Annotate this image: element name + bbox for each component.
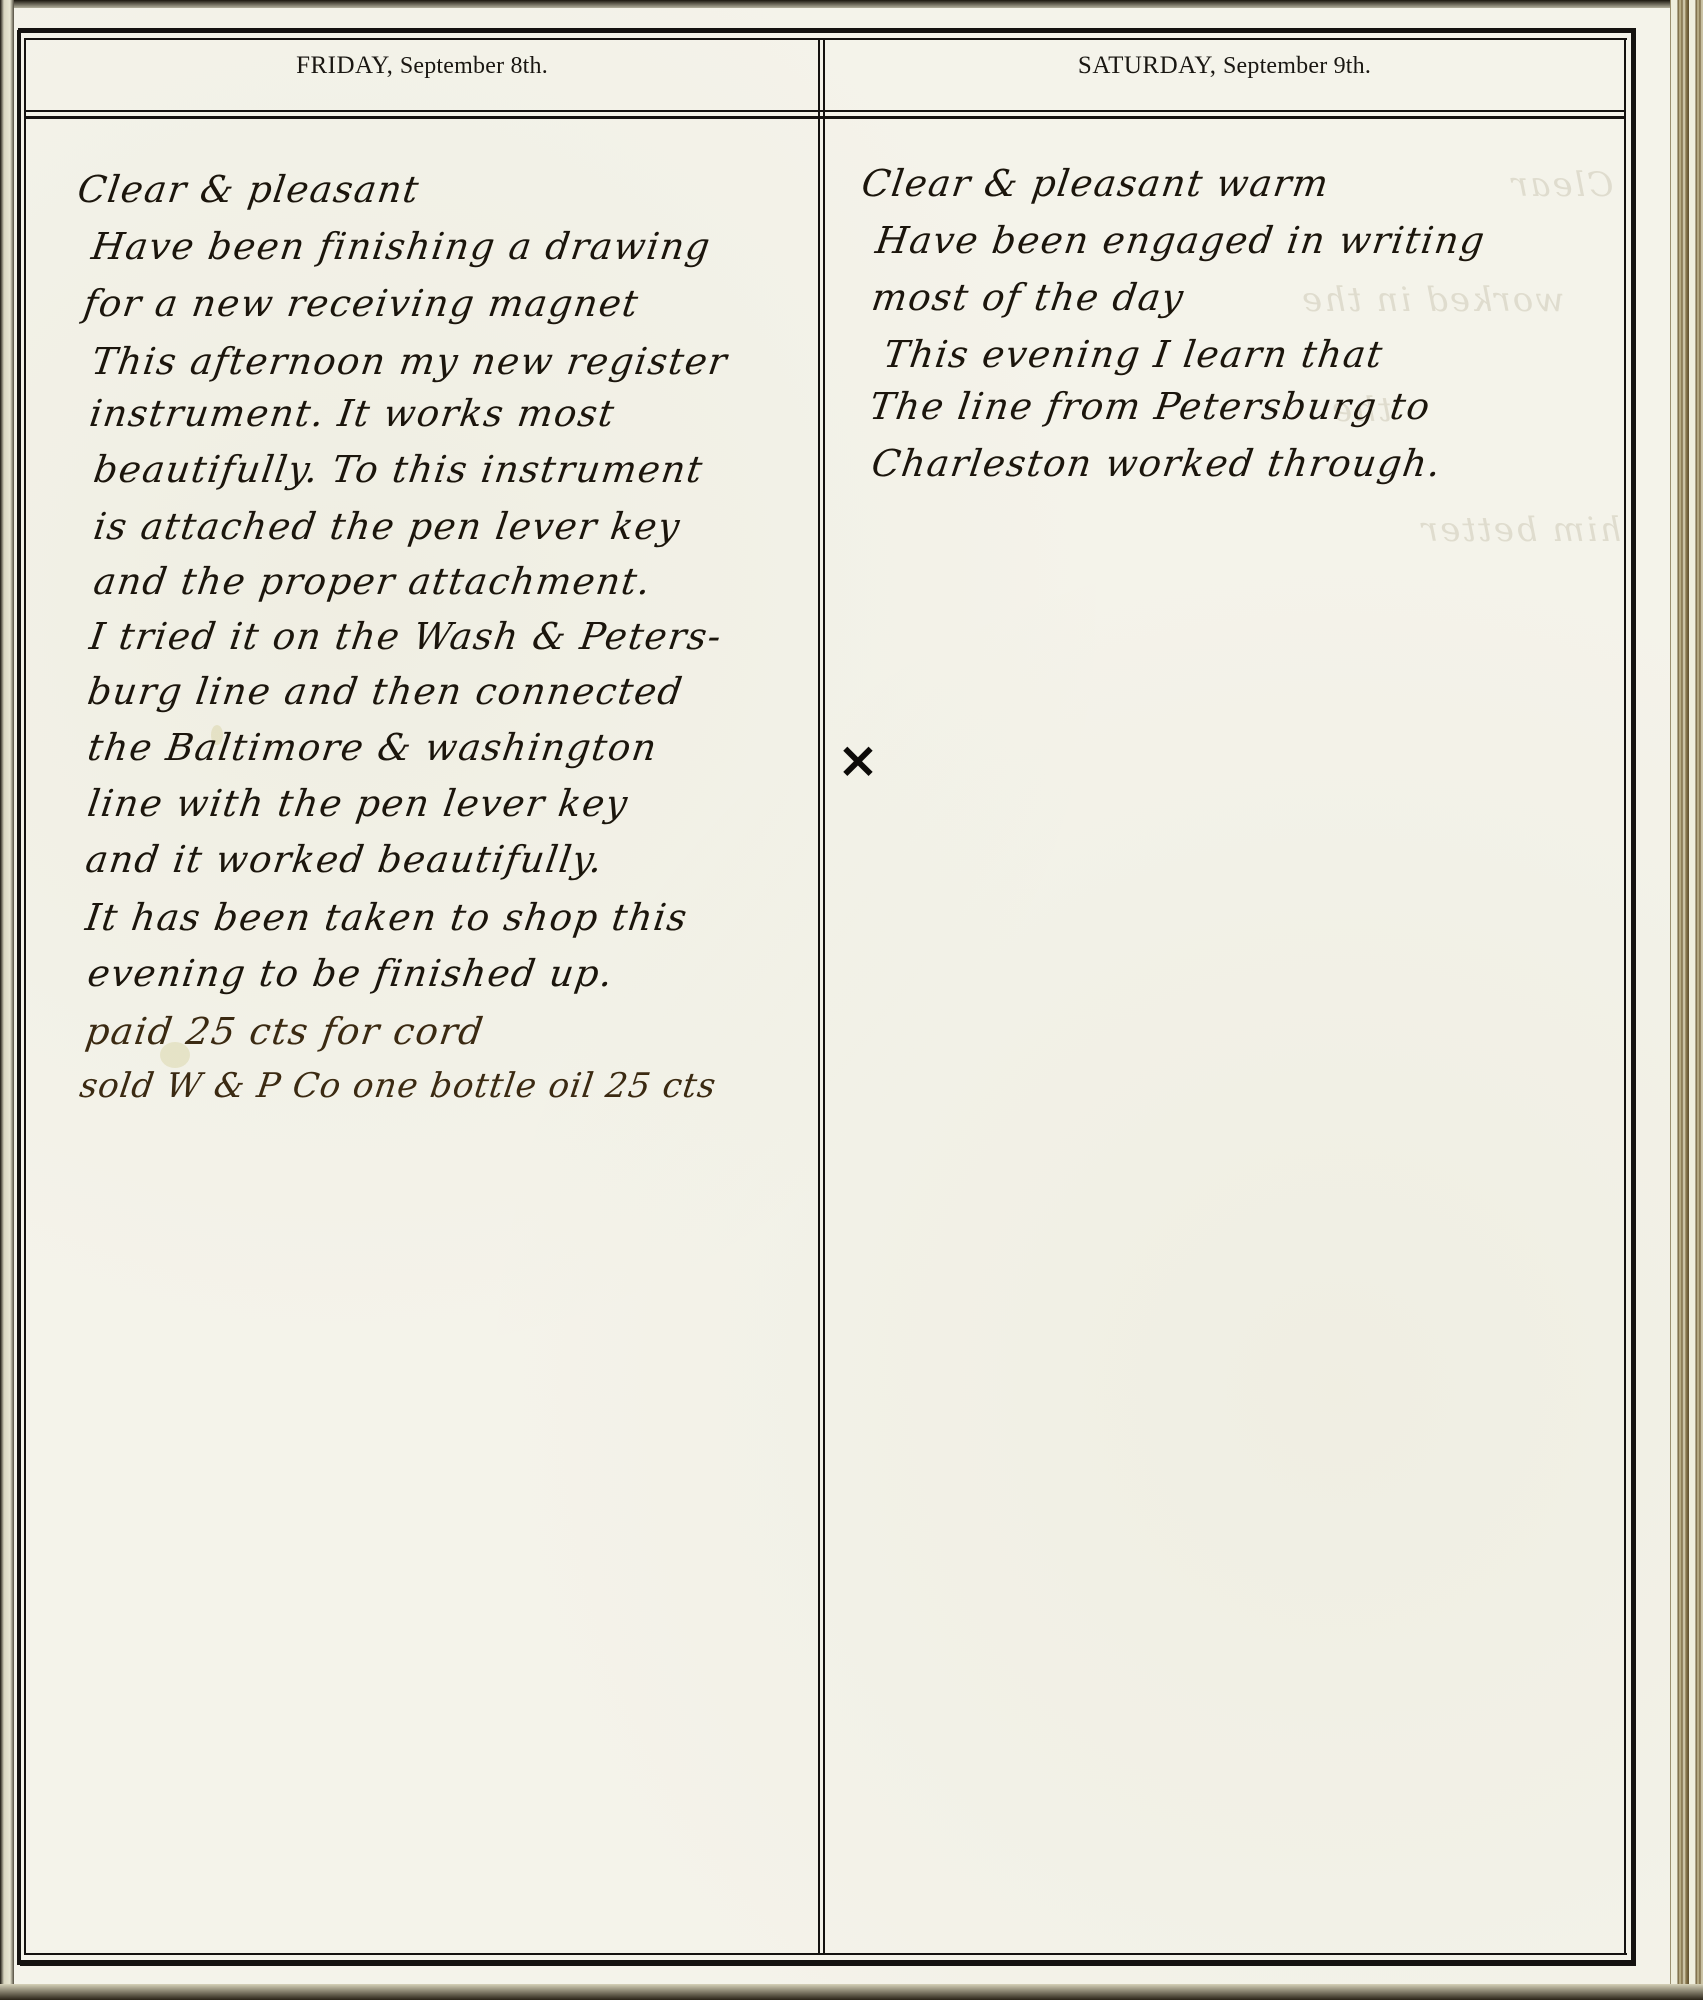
weekday-label: FRIDAY, bbox=[296, 52, 393, 79]
date-label: September 8th. bbox=[400, 53, 548, 79]
entry-line: Have been finishing a drawing bbox=[89, 225, 714, 268]
entry-line: and the proper attachment. bbox=[91, 560, 654, 603]
center-divider-right bbox=[823, 40, 825, 1953]
entry-line: It has been taken to shop this bbox=[83, 896, 691, 939]
frame-bottom-thin bbox=[24, 1953, 1627, 1955]
weekday-label: SATURDAY, bbox=[1078, 52, 1217, 79]
entry-line: evening to be finished up. bbox=[85, 952, 617, 995]
entry-line: burg line and then connected bbox=[85, 670, 686, 713]
frame-right-thin bbox=[1624, 38, 1626, 1955]
entry-line: most of the day bbox=[869, 276, 1187, 319]
bleed-through-text: worked in the bbox=[1300, 280, 1564, 320]
entry-line: line with the pen lever key bbox=[85, 782, 631, 825]
entry-line: sold W & P Co one bottle oil 25 cts bbox=[77, 1066, 719, 1106]
entry-line: This afternoon my new register bbox=[89, 340, 731, 383]
center-divider-left bbox=[818, 40, 820, 1953]
right-day-header: SATURDAY, September 9th. bbox=[825, 52, 1624, 92]
header-rule-thin bbox=[24, 110, 1626, 112]
left-day-header: FRIDAY, September 8th. bbox=[26, 52, 818, 92]
frame-left-thick bbox=[17, 30, 21, 1965]
entry-line: Clear & pleasant bbox=[75, 168, 423, 211]
entry-line: the Baltimore & washington bbox=[85, 726, 660, 769]
entry-line: Charleston worked through. bbox=[869, 442, 1445, 485]
bleed-through-text: him better bbox=[1420, 510, 1621, 550]
header-rule-thick bbox=[24, 116, 1626, 119]
entry-line: I tried it on the Wash & Peters- bbox=[87, 615, 725, 658]
margin-x-mark: × bbox=[836, 738, 880, 782]
frame-top-thin bbox=[24, 38, 1627, 40]
entry-line: and it worked beautifully. bbox=[83, 838, 606, 881]
entry-line: for a new receiving magnet bbox=[81, 282, 642, 325]
entry-line: Clear & pleasant warm bbox=[859, 162, 1332, 205]
frame-bottom-thick bbox=[20, 1960, 1636, 1966]
date-label: September 9th. bbox=[1223, 53, 1371, 79]
right-binding-edge bbox=[1670, 0, 1703, 2000]
bleed-through-text: Clear bbox=[1510, 165, 1614, 205]
frame-top-thick bbox=[18, 28, 1635, 33]
entry-line: is attached the pen lever key bbox=[91, 505, 684, 548]
entry-line: instrument. It works most bbox=[87, 392, 618, 435]
entry-line: Have been engaged in writing bbox=[873, 219, 1488, 262]
entry-line: paid 25 cts for cord bbox=[83, 1010, 487, 1053]
page-bottom-edge bbox=[0, 1984, 1703, 2000]
entry-line: This evening I learn that bbox=[881, 333, 1386, 376]
frame-right-thick bbox=[1631, 28, 1636, 1966]
entry-line: The line from Petersburg to bbox=[867, 385, 1434, 428]
entry-line: beautifully. To this instrument bbox=[91, 448, 706, 491]
frame-left-thin bbox=[24, 38, 26, 1955]
